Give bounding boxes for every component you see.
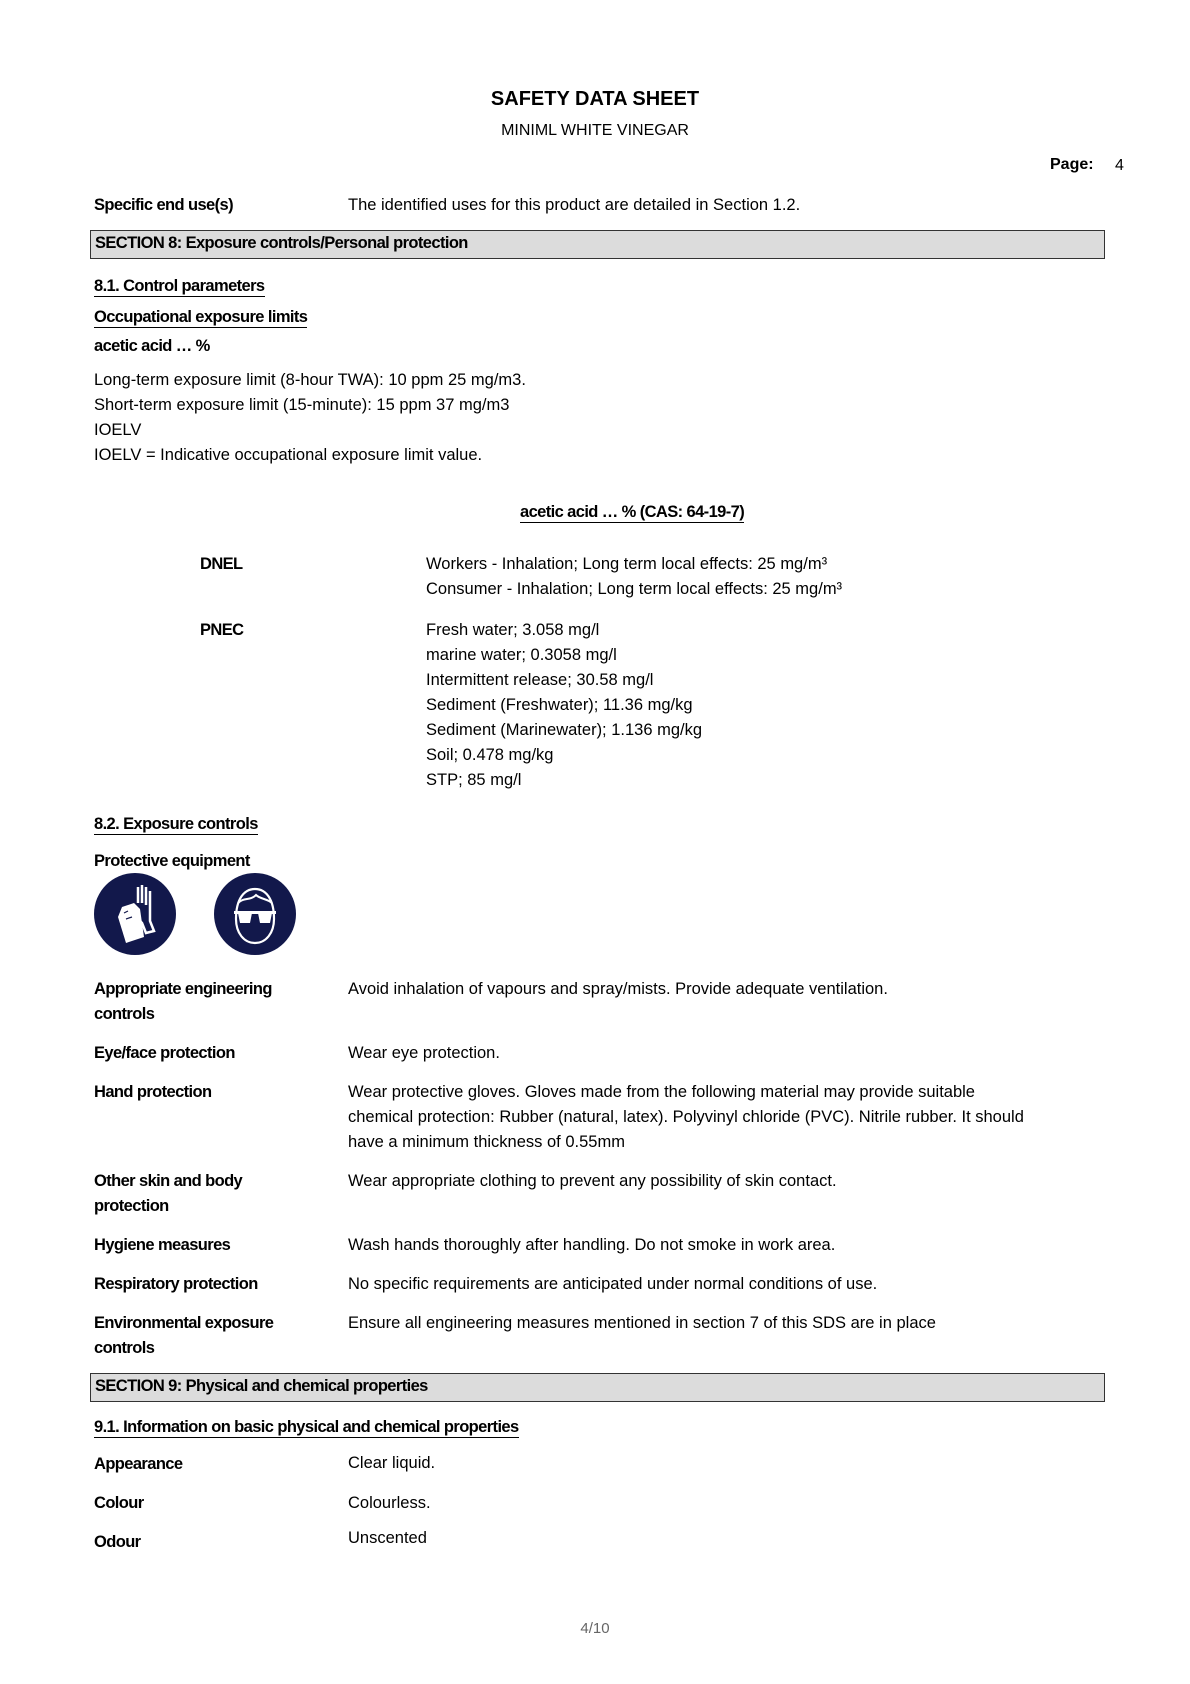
pnec-value: Soil; 0.478 mg/kg (426, 743, 554, 768)
environmental-controls-value: Ensure all engineering measures mentione… (348, 1311, 936, 1336)
engineering-controls-value: Avoid inhalation of vapours and spray/mi… (348, 977, 888, 1002)
odour-label: Odour (94, 1530, 141, 1555)
respiratory-protection-value: No specific requirements are anticipated… (348, 1272, 877, 1297)
pnec-value: marine water; 0.3058 mg/l (426, 643, 617, 668)
environmental-controls-label: Environmental exposurecontrols (94, 1311, 273, 1361)
colour-label: Colour (94, 1491, 144, 1516)
page-label: Page: (1050, 156, 1094, 174)
oel-heading: Occupational exposure limits (94, 305, 307, 330)
product-name: MINIML WHITE VINEGAR (0, 122, 1190, 140)
oel-line: IOELV = Indicative occupational exposure… (94, 443, 482, 468)
section-9-title: SECTION 9: Physical and chemical propert… (95, 1377, 428, 1396)
specific-end-use-value: The identified uses for this product are… (348, 193, 800, 218)
control-parameters-heading: 8.1. Control parameters (94, 274, 265, 299)
eye-protection-icon (214, 873, 296, 955)
engineering-controls-label: Appropriate engineeringcontrols (94, 977, 272, 1027)
section-9-header: SECTION 9: Physical and chemical propert… (90, 1373, 1105, 1402)
odour-value: Unscented (348, 1526, 427, 1551)
substance-name: acetic acid … % (94, 334, 210, 359)
colour-value: Colourless. (348, 1491, 431, 1516)
hygiene-measures-value: Wash hands thoroughly after handling. Do… (348, 1233, 835, 1258)
section-8-title: SECTION 8: Exposure controls/Personal pr… (95, 234, 468, 253)
cas-heading: acetic acid … % (CAS: 64-19-7) (520, 500, 744, 525)
page-footer: 4/10 (0, 1620, 1190, 1637)
hand-protection-label: Hand protection (94, 1080, 212, 1105)
pnec-value: Fresh water; 3.058 mg/l (426, 618, 599, 643)
section-8-header: SECTION 8: Exposure controls/Personal pr… (90, 230, 1105, 259)
oel-line: Long-term exposure limit (8-hour TWA): 1… (94, 368, 526, 393)
appearance-value: Clear liquid. (348, 1451, 435, 1476)
oel-line: IOELV (94, 418, 141, 443)
skin-protection-label: Other skin and bodyprotection (94, 1169, 242, 1219)
page-number: 4 (1115, 157, 1124, 175)
hygiene-measures-label: Hygiene measures (94, 1233, 230, 1258)
oel-line: Short-term exposure limit (15-minute): 1… (94, 393, 509, 418)
dnel-value: Workers - Inhalation; Long term local ef… (426, 552, 827, 577)
document-title: SAFETY DATA SHEET (0, 88, 1190, 111)
section-9-1-heading: 9.1. Information on basic physical and c… (94, 1415, 519, 1440)
dnel-label: DNEL (200, 552, 243, 577)
eye-protection-value: Wear eye protection. (348, 1041, 500, 1066)
pnec-value: Sediment (Marinewater); 1.136 mg/kg (426, 718, 702, 743)
skin-protection-value: Wear appropriate clothing to prevent any… (348, 1169, 837, 1194)
pnec-value: STP; 85 mg/l (426, 768, 521, 793)
respiratory-protection-label: Respiratory protection (94, 1272, 258, 1297)
hand-protection-value: Wear protective gloves. Gloves made from… (348, 1080, 1024, 1155)
pnec-value: Intermittent release; 30.58 mg/l (426, 668, 653, 693)
pnec-label: PNEC (200, 618, 243, 643)
specific-end-use-label: Specific end use(s) (94, 193, 233, 218)
eye-protection-label: Eye/face protection (94, 1041, 235, 1066)
gloves-icon (94, 873, 176, 955)
appearance-label: Appearance (94, 1452, 182, 1477)
pnec-value: Sediment (Freshwater); 11.36 mg/kg (426, 693, 693, 718)
exposure-controls-heading: 8.2. Exposure controls (94, 812, 258, 837)
protective-equipment-label: Protective equipment (94, 849, 250, 874)
dnel-value: Consumer - Inhalation; Long term local e… (426, 577, 842, 602)
